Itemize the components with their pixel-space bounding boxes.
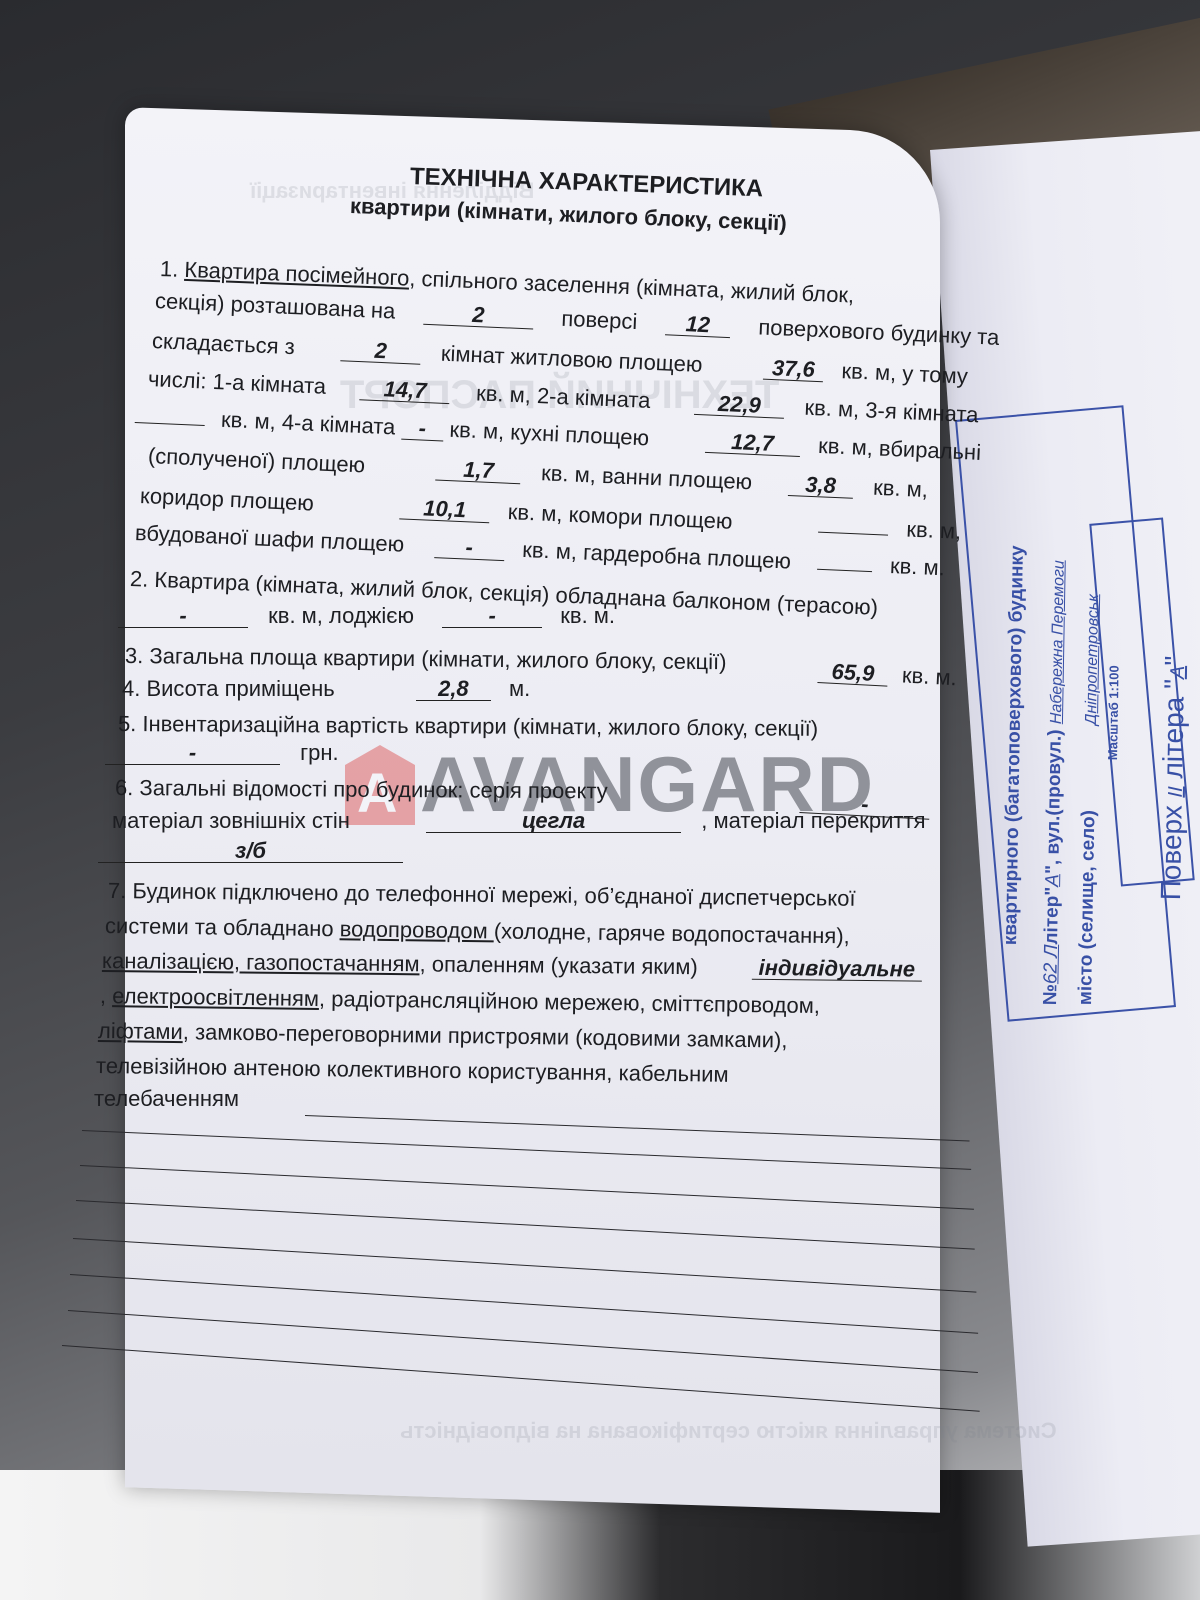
- label-kitchen: кв. м, кухні площею: [449, 417, 650, 451]
- document-content: Відділення інвентаризації ТЕХНІЧНИЙ ПАСП…: [0, 0, 1200, 1600]
- blank-line: [73, 1238, 976, 1293]
- label-floor-slabs: , матеріал перекриття: [701, 808, 925, 833]
- ceiling-height-value: 2,8: [416, 678, 491, 701]
- label-located-on: секція) розташована на: [154, 288, 395, 323]
- label-sqm: кв. м.: [901, 662, 957, 690]
- utility-elevators: ліфтами: [98, 1018, 183, 1044]
- section5-value-group: - грн.: [105, 742, 339, 765]
- label-sqm: кв. м.: [560, 603, 615, 628]
- label-combined-area: (сполученої) площею: [147, 443, 365, 477]
- label-room3: кв. м, 3-я кімната: [804, 395, 979, 428]
- room4-area-value: -: [401, 417, 444, 442]
- section5-text: 5. Інвентаризаційна вартість квартири (к…: [118, 713, 818, 740]
- label-uah: грн.: [300, 740, 339, 765]
- label-wardrobe: кв. м, гардеробна площею: [522, 537, 792, 574]
- label-sqm: кв. м.: [890, 553, 946, 580]
- label-bath: кв. м, ванни площею: [541, 460, 753, 494]
- section7-text: , замково-переговорними пристроями (кодо…: [183, 1019, 788, 1052]
- utility-water-supply: водопроводом: [340, 916, 494, 943]
- section7-line7: телебаченням: [94, 1088, 239, 1110]
- label-building: поверхового будинку та: [758, 314, 1000, 349]
- section7-text: (холодне, гаряче водопостачання),: [494, 918, 850, 948]
- section2-line2: - кв. м, лоджією - кв. м.: [118, 605, 615, 628]
- section7-line1: 7. Будинок підключено до телефонної мере…: [108, 880, 856, 910]
- label-floor: поверсі: [561, 306, 638, 334]
- rooms-count-value: 2: [340, 338, 421, 364]
- room2-area-value: 22,9: [694, 392, 785, 419]
- label-consists-of: складається з: [151, 328, 295, 359]
- section3-value-group: 65,9 кв. м.: [817, 660, 957, 690]
- label-loggia: кв. м, лоджією: [268, 603, 414, 628]
- blank-line: [68, 1310, 978, 1373]
- blank-line: [76, 1200, 975, 1250]
- label-living-area: кімнат житловою площею: [440, 341, 703, 377]
- label-sqm-including: кв. м, у тому: [841, 358, 968, 388]
- closet-area-value: -: [434, 535, 505, 561]
- label-exterior-walls: матеріал зовнішніх стін: [112, 808, 350, 833]
- living-area-value: 37,6: [763, 357, 824, 383]
- balcony-area-value: -: [118, 605, 248, 628]
- building-floors-value: 12: [665, 312, 731, 338]
- section7-text: ,: [100, 983, 113, 1008]
- bath-area-value: 3,8: [788, 473, 854, 499]
- section7-line3: каналізацією, газопостачанням, опаленням…: [102, 950, 922, 982]
- label-project-series: 6. Загальні відомості про будинок: серія…: [115, 775, 608, 803]
- section7-text: , радіотрансляційною мережею, сміттєпров…: [319, 986, 820, 1018]
- floor-slabs-value: з/б: [98, 840, 403, 863]
- label-toilet: кв. м, вбиральні: [818, 433, 982, 465]
- section7-line6: телевізійною антеною колективного корист…: [96, 1055, 729, 1086]
- section4-line: 4. Висота приміщень 2,8 м.: [122, 678, 530, 701]
- heating-type-value: індивідуальне: [752, 957, 922, 982]
- label-sqm: кв. м,: [873, 475, 929, 502]
- wardrobe-area-value: [817, 569, 872, 572]
- blank-line: [305, 1115, 970, 1142]
- label-built-in-closet: вбудованої шафи площею: [134, 520, 404, 557]
- section3-text: 3. Загальна площа квартири (кімнати, жил…: [125, 645, 727, 673]
- total-area-value: 65,9: [817, 660, 888, 687]
- section7-line5: ліфтами, замково-переговорними пристроям…: [98, 1020, 788, 1052]
- label-storage: кв. м, комори площею: [507, 499, 733, 534]
- show-through-footer: Система управління якістю сертифікована …: [400, 1420, 1057, 1442]
- apartment-type: Квартира посімейного: [184, 257, 410, 291]
- corridor-area-value: 10,1: [399, 496, 490, 523]
- label-corridor: коридор площею: [139, 483, 314, 516]
- toilet-area-value: 1,7: [436, 458, 522, 485]
- room3-area-value: [135, 422, 205, 426]
- exterior-walls-value: цегла: [426, 810, 681, 833]
- document-subtitle: квартири (кімнати, жилого блоку, секції): [350, 195, 788, 235]
- kitchen-area-value: 12,7: [705, 430, 801, 457]
- section6-line1: 6. Загальні відомості про будинок: серія…: [115, 777, 608, 802]
- section7-text: системи та обладнано: [105, 913, 340, 941]
- section7-line2: системи та обладнано водопроводом (холод…: [105, 915, 850, 947]
- utility-electric-lighting: електроосвітленням: [112, 983, 319, 1011]
- label-room1: числі: 1-а кімната: [147, 366, 326, 399]
- floor-value: 2: [423, 302, 534, 330]
- section7-line4: , електроосвітленням, радіотрансляційною…: [100, 985, 820, 1017]
- section6-line2: матеріал зовнішніх стін цегла , матеріал…: [112, 810, 926, 833]
- section7-text: , опаленням (указати яким): [419, 951, 697, 979]
- room1-area-value: 14,7: [360, 377, 451, 404]
- inventory-value: -: [105, 742, 280, 765]
- blank-line: [80, 1165, 974, 1210]
- label-ceiling-height: 4. Висота приміщень: [122, 676, 335, 701]
- loggia-area-value: -: [442, 605, 542, 628]
- utility-sewerage-gas: каналізацією, газопостачанням: [102, 948, 420, 976]
- label-sqm: кв. м,: [906, 516, 962, 543]
- section6-line3: з/б: [98, 840, 403, 863]
- label-meters: м.: [509, 676, 530, 701]
- blank-line: [62, 1345, 980, 1412]
- section1-number: 1.: [160, 256, 185, 282]
- storage-area-value: [818, 532, 888, 536]
